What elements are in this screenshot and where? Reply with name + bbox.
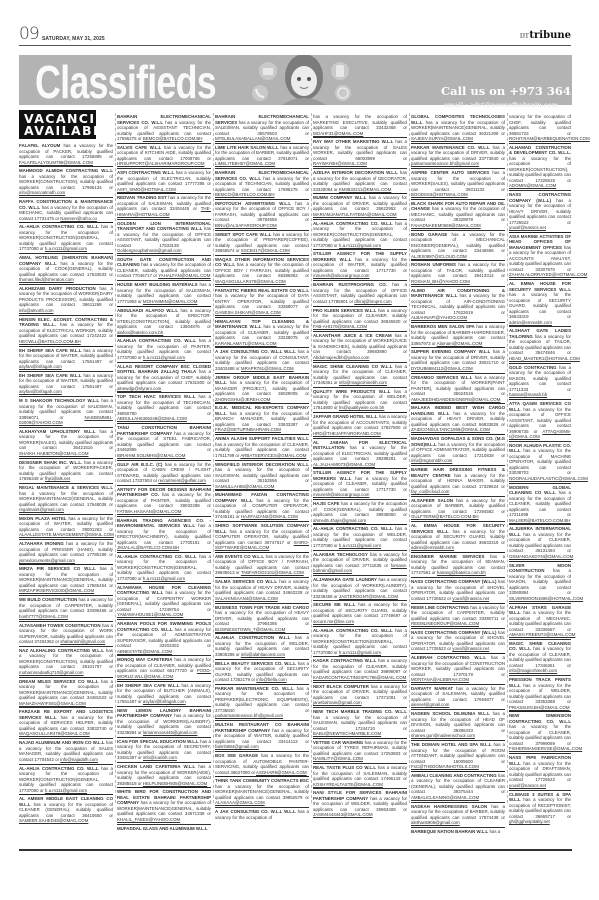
company-name: ALAHLIA CONSTRUCTION W.L.L <box>215 635 290 640</box>
contact-email[interactable]: AMAJEEDHIDANDESIGNER5@GMAIL.COM <box>411 397 500 402</box>
classified-ad: NEXT BLACK COMPUTER has a vacancy for th… <box>313 682 407 707</box>
contact-email[interactable]: alensel@gmail.com <box>411 702 449 707</box>
contact-email[interactable]: GANESH.SHIKAR@GMAIL.COM <box>215 310 281 315</box>
classified-ad: AL-AHLIA CONTRACTING CO. W.L.L has a vac… <box>117 552 211 583</box>
mobile-icon <box>336 65 344 77</box>
company-name: AL-AHLIA CONTRACTING CO. W.L.L <box>19 766 99 771</box>
contact-email[interactable]: SAJEEV.SURYA@GMAIL.COM <box>411 136 473 141</box>
company-name: ALTAHARA IRONING <box>19 541 64 546</box>
contact-email[interactable]: h.a.m111@gmail.com <box>143 576 185 581</box>
classified-ad: AZELFA INTERIOR DECORATION W.L.L has a v… <box>313 168 407 193</box>
classified-column-2: Bahrain Electromechanical Services Co. W… <box>117 113 211 832</box>
classified-ad: REEM LINE CONTRACTING has a vacancy for … <box>411 603 505 628</box>
contact-email[interactable]: alnewdjp@sfyrani.com <box>117 386 161 391</box>
contact-email[interactable]: parkarmaintenance.bh@gmail.com <box>411 161 479 166</box>
classified-ad: BAHRAIN RUSTPROOFING CO. has a vacancy f… <box>313 280 407 305</box>
contact-email[interactable]: ASGHAR9@GMAIL.COM <box>256 770 307 775</box>
contact-email[interactable]: MANAZHAWIFS81@GMAIL.COM <box>19 701 86 706</box>
contact-email[interactable]: HAJIFAIZAN2@GMAIL.COM <box>241 514 298 519</box>
company-name: SWEET SPOT CAFE W.L.L <box>215 232 271 237</box>
classified-ad: MUHAMMAD FAIZAN CONTRACTING COMPANY W.L.… <box>215 490 309 521</box>
contact-email[interactable]: info@marcoalmidh.com <box>19 190 65 195</box>
contact-email[interactable]: MALSER@BATELCO.COM.BH <box>509 518 570 523</box>
classified-ad: ALJUERRA INTERNATIONAL W.L.L has a vacan… <box>509 524 571 560</box>
contact-email[interactable]: jsimsdocuments@gmail.com <box>19 558 75 563</box>
contact-email[interactable]: MOAHF31@GMAIL.COM <box>313 131 363 136</box>
column-divider <box>409 113 410 803</box>
contact-email[interactable]: MRAPR761@GMAIL.COM <box>241 366 294 371</box>
classified-ad: SALMA SERVICES CO W.L.L has a vacancy fo… <box>215 577 309 602</box>
classified-ad: ABDULHADI ALAFOO W.L.L has a vacancy for… <box>117 306 211 337</box>
classified-ad: THINK TANK COMMUNITY CONTRACTS BSC has a… <box>215 776 309 807</box>
section-title-line2: AVAILABLE <box>24 125 91 137</box>
contact-email[interactable]: shanes.guri@nadeenschool.com <box>411 733 475 738</box>
classified-ad: QUALITY WIRE PRODUCTS W.L.L has a vacanc… <box>313 387 407 412</box>
company-name: A JAK CONSULTING CO. W.L.L W.L.L <box>215 349 296 354</box>
contact-email[interactable]: WAQASGULLAR479@GMAIL.COM <box>215 279 286 284</box>
classified-ad: WHITE BIRD FOR CONSTRUCTION AND REAL EST… <box>117 787 211 823</box>
classified-ad: REDVAN TRADING EST has a vacancy for the… <box>117 193 211 218</box>
company-name: ROSHAN UNIFORMS <box>411 262 456 267</box>
company-name: NADEEN SCHOOL DILMUNIA W.L.L <box>411 711 490 716</box>
classified-ad: GULF AIR B.S.C. (C) has a vacancy for th… <box>117 460 211 485</box>
classified-ad: ALKANTHAR JUICE & ICE CREAM has a vacanc… <box>313 331 407 362</box>
contact-email[interactable]: SALAHINSAAN4@GMAIL.COM <box>215 596 278 601</box>
ad-text: has a vacancy for the occupation of WORK… <box>19 491 113 507</box>
company-name: Top Tech HVAC Services W.L.L <box>117 394 196 399</box>
contact-email[interactable]: ahmed6.4hajis@gmail.com <box>313 518 366 523</box>
ad-text: has a vacancy for the occupation of WORK… <box>411 120 505 136</box>
company-name: REEM LINE CONTRACTING <box>411 605 469 610</box>
company-name: MIRZA PIR SERVICES CO W.L.L <box>19 566 96 571</box>
contact-email[interactable]: asyfan@brifagah.com <box>19 389 62 394</box>
classified-ad: DESIGNER SHAIK INC. W.L.L. has a vacancy… <box>19 458 113 483</box>
contact-email[interactable]: h.a.m111@gmail.com <box>339 650 381 655</box>
company-name: Najad Aluminium and Iron Co W.L.L <box>19 740 105 745</box>
contact-email[interactable]: LIMELITEBH57@GMAIL.COM <box>215 161 275 166</box>
contact-email[interactable]: ROHIT.RAM@BARBEQUENATION.COM <box>509 136 590 141</box>
contact-email[interactable]: info@magicshinebh.com <box>339 380 387 385</box>
contact-email[interactable]: MARIAMJANATULFATEMA@GMAIL.COM <box>313 212 397 217</box>
contact-email[interactable]: info@najadalh.com <box>60 757 98 762</box>
classified-ad: GOLD CONTRACTING has a vacancy for the o… <box>509 363 571 399</box>
company-name: ALLAG RESORT COMPANY BSC CLOSED SOFITEL … <box>117 364 211 375</box>
contact-email[interactable]: mnuresh@alsocargroup.com <box>313 492 369 497</box>
company-name: GOLD CONTRACTING <box>509 365 557 370</box>
contact-email[interactable]: secure.me@live.com <box>313 619 354 624</box>
contact-email[interactable]: fay_co@icloud.com <box>411 489 449 494</box>
contact-email[interactable]: AMBALICLEANING@GMAIL.COM <box>411 795 479 800</box>
company-name: PARKAR MAINTENANCE CO. W.L.L <box>215 686 294 691</box>
company-name: AZELFA INTERIOR DECORATION W.L.L <box>313 170 398 175</box>
classified-ad: SALVIS CAFE W.L.L has a vacancy for the … <box>117 143 211 168</box>
contact-email[interactable]: h.a.m111@gmail.com <box>339 243 381 248</box>
contact-email[interactable]: asyfan@brifagah.com <box>19 364 62 369</box>
contact-email[interactable]: regalmaint@gmail.com <box>19 507 64 512</box>
contact-email[interactable]: ZAHAN.ALORRAYED@HOTMAIL.COM <box>509 272 587 277</box>
contact-email[interactable]: hassan@manah.bh <box>509 392 547 397</box>
classified-ad: Al ameer Middle East Cleaning Co W.L.L h… <box>19 794 113 825</box>
classified-ad: ARABIAN POOLS FOR SWIMMING POOLS CONTRAC… <box>117 619 211 655</box>
contact-email[interactable]: ABDULLAH6365248@GMAIL.COM <box>117 416 187 421</box>
company-name: NASS CONTRACTING COMPANY (W.L.L) <box>411 630 497 635</box>
classified-ad: vettee car washing has a vacancy for the… <box>313 738 407 763</box>
contact-email[interactable]: Goldengroupbahrain@gmail.com <box>117 248 182 253</box>
contact-email[interactable]: hs@qualitywire.com.bh <box>339 405 384 410</box>
classified-ad: AWAL HOTELING (SHERATON BAHRAIN) COMPANY… <box>19 253 113 284</box>
company-name: BOND GARAGE <box>411 232 447 237</box>
contact-email[interactable]: fhjsi@alk.net <box>45 476 70 481</box>
company-name: CHICKEN LAND CAFETERIA W.L.L <box>117 764 195 769</box>
classified-ad: MULTAN RESTAURANT CO BAHRAINI PARTNERSHI… <box>215 720 309 751</box>
company-name: Jaffair Grand Hotel W.L.L <box>313 414 378 419</box>
classified-column-5: GLOBAL COMPOSITES TECHNOLOGIES W.L.L has… <box>411 113 505 836</box>
contact-email[interactable]: h.a.m111@gmail.com <box>45 788 87 793</box>
contact-email[interactable]: lamanmoos445@gmail.com <box>143 730 197 735</box>
contact-email[interactable]: HEAD_MASTER1@HOTMAIL.COM <box>509 356 580 361</box>
contact-email[interactable]: Nasreen@rafco.co <box>60 216 97 221</box>
contact-email[interactable]: SAMIULLAH58@GMAIL.COM <box>215 484 274 489</box>
company-name: ALEBRAH CONTRACTING W.L.L <box>411 655 486 660</box>
company-name: al emma house for security services W.L.… <box>509 281 571 292</box>
contact-email[interactable]: JASIM4443443@GMAIL.COM <box>313 812 373 817</box>
classified-ad: ALEBRAH CONTRACTING W.L.L has a vacancy … <box>411 653 505 684</box>
classified-ad: ENGINEER MARINE SERVICES has a vacancy f… <box>411 552 505 577</box>
classified-ad: ALAHLIA CONTRACTING CO. W.L.L has a vaca… <box>117 336 211 361</box>
company-name: MUMNI COMPANY W.L.L <box>313 195 366 200</box>
classified-ad: vacancy for the occupation of CHEF, suit… <box>509 113 571 143</box>
contact-email[interactable]: OSMANGAKDYN@GMAIL.COM <box>509 554 573 559</box>
classified-ad: KADAR CONTRACTING W.L.L has a vacancy fo… <box>313 656 407 681</box>
contact-email[interactable]: fatimh884@gmail.com <box>215 744 259 749</box>
contact-email[interactable]: h.a.m111@gmail.com <box>143 355 185 360</box>
classified-ad: FARZAAB RE EXPORT AND LOGISTICS SERVICES… <box>19 707 113 738</box>
classified-ad: SILVER MOON CONSTRUCTION has a vacancy f… <box>509 561 571 603</box>
company-name: QUALITY WIRE PRODUCTS W.L.L <box>313 389 390 394</box>
company-name: ENGINEER MARINE SERVICES <box>411 554 484 559</box>
contact-email[interactable]: RAYWAYBH@GMAIL.COM <box>313 161 367 166</box>
classified-ad: al emma house for security services W.L.… <box>509 279 571 326</box>
contact-email[interactable]: info@alnorth.com <box>19 308 53 313</box>
classified-ad: SWEET SPOT CAFE W.L.L has a vacancy for … <box>215 230 309 255</box>
contact-email[interactable]: PRIASSUIN.BH@GMAIL.COM <box>509 705 570 710</box>
contact-email[interactable]: KHALIL_FAEES@YAHOO.COM <box>117 817 180 822</box>
contact-email[interactable]: shabantoh@gmail.com <box>60 639 105 644</box>
contact-email[interactable]: AL.JALHAMI073@GMAIL.COM <box>313 462 375 467</box>
classified-column-4: has a vacancy for the occupation of MARK… <box>313 113 407 819</box>
classified-ad: FANTASTIC FIBERS REAL ESTATE CO W.L.L ha… <box>215 286 309 317</box>
company-name: we build construction <box>19 597 77 602</box>
contact-email[interactable]: admin@emmabh.com <box>509 320 552 325</box>
classified-ad: A JAK CONSULTING CO. W.L.L W.L.L has a v… <box>215 347 309 372</box>
company-name: INFOTOUCH ADVERTISING W.L.L <box>215 201 291 206</box>
contact-email[interactable]: BEMCO@BATELCO.COM.BH <box>215 192 275 197</box>
company-name: AL-AHLIA CONTRACTING CO. W.L.L <box>313 526 393 531</box>
classified-ad: MUFADDAL GLASS AND ALUMINIUM W.L.L <box>117 824 211 833</box>
classified-ad: M S SHAKOOR TECHNOLOGY W.L.L has a vacan… <box>19 396 113 427</box>
contact-email[interactable]: h.a.m111@gmail.com <box>339 543 381 548</box>
contact-email[interactable]: FISHERMANSERVSE@GMAIL.COM <box>509 746 582 751</box>
classified-ad: ALSAFEER SALON has a vacancy for the occ… <box>411 496 505 521</box>
contact-email[interactable]: HELPLINEBH935@GMAIL.COM <box>143 781 207 786</box>
classified-ad: nani style for services bahraini partner… <box>313 788 407 819</box>
classified-ad: EH SHERIF SEA CAFE W.L.L has a vacancy f… <box>19 346 113 371</box>
contact-email[interactable]: MTELBULASABALLAN@GMAIL.COM <box>215 136 290 141</box>
contact-email[interactable]: REEMLINEGROUP@GMAIL.COM <box>411 621 479 626</box>
contact-email[interactable]: info@magicshinebh.com <box>509 668 557 673</box>
ad-text: has a vacancy for the occupation of CLEA… <box>19 802 113 818</box>
classified-ad: ALAKBAR TECHNOLOGY has a vacancy for the… <box>313 550 407 575</box>
classified-ad: Modern Global Cleaning Co W.L.L has a va… <box>509 483 571 525</box>
classified-ad: JEREH GROUP MIDDLE EAST BAHRAIN W.L.L ha… <box>215 373 309 404</box>
classified-ad: MAGIC SHINE CLEANING CO W.L.L has a vaca… <box>313 362 407 387</box>
company-name: WINGFIELD INTERIOR DECORATION W.L.L <box>215 462 309 467</box>
classified-ad: Nadeah Hairdressing Salon has a vacancy … <box>411 802 505 827</box>
contact-email[interactable]: alafoo@batelco.com.bh <box>117 330 163 335</box>
classified-ad: DARVATY MARKAT has a vacancy for the occ… <box>411 684 505 709</box>
contact-email[interactable]: KOSHYREALTASTE@GMAIL.COM <box>313 782 383 787</box>
contact-email[interactable]: mohammadaafiq710@gmail.com <box>19 670 84 675</box>
company-name: ALKANTHAR JUICE & ICE CREAM <box>313 333 392 338</box>
contact-email[interactable]: yousif@nasscs.net <box>452 596 489 601</box>
classified-ad: HAJIS CAFE has a vacancy for the occupat… <box>313 499 407 524</box>
classified-ad: Bella Beauty Services Co. W.L.L has a va… <box>215 659 309 684</box>
contact-email[interactable]: FALAFELALYOUM799@GMAIL.COM <box>19 160 93 165</box>
company-name: ASPIRE CENTER AUTO SERVICES <box>411 170 489 175</box>
company-name: FANTASTIC FIBERS REAL ESTATE CO W.L.L <box>215 288 309 293</box>
company-name: ABDULHADI ALAFOO W.L.L <box>117 308 178 313</box>
call-us-text: Call us on +973 36458394 <box>441 84 571 98</box>
contact-email[interactable]: recruitment@gulfair.com <box>158 478 206 483</box>
contact-email[interactable]: janetbahrain@gmail.com <box>313 700 362 705</box>
classified-ad: NASS PIPE FABRICATION W.L.L has a vacanc… <box>509 753 571 789</box>
classified-ad: WINGFIELD INTERIOR DECORATION W.L.L has … <box>215 460 309 491</box>
contact-email[interactable]: mnuresh@alsocargroup.com <box>313 273 369 278</box>
contact-email[interactable]: hanang@batelco.com.bh <box>437 570 486 575</box>
contact-email[interactable]: AMASH.FREENT4@GMAIL.COM <box>509 632 575 637</box>
classified-ad: MIXON PLAZA HOTEL has a vacancy for the … <box>19 514 113 539</box>
contact-email[interactable]: WAQASGULLAR479@GMAIL.COM <box>19 731 90 736</box>
classified-ad: WAQAS OTHER INFORMATION SERVICES CO W.L.… <box>215 255 309 286</box>
company-name: Bella Beauty Services Co. W.L.L <box>215 661 296 666</box>
classified-ad: Stiller Agency for the Supply Workers W.… <box>313 468 407 499</box>
classified-ad: CREAMGO SERVICES W.L.L has a vacancy for… <box>411 373 505 404</box>
company-name: EH SHERIF SEA CAFE W.L.L <box>19 373 82 378</box>
page-number: 09 <box>19 26 39 43</box>
contact-email[interactable]: ADOMIN@GMAIL.COM <box>509 183 556 188</box>
ad-text: has a vacancy for the occupation of DATA… <box>215 293 309 309</box>
company-name: GULF AIR B.S.C. (C) <box>117 462 162 467</box>
classified-ad: E.G.K. MEDICAL RE-EXPORTS COMPANY W.L.L … <box>215 403 309 434</box>
contact-email[interactable]: thomas.filed@sheraton.com <box>19 277 74 282</box>
contact-email[interactable]: NAMILITY@GMAIL.COM <box>313 756 363 761</box>
ad-text: has a vacancy for the occupation of SECU… <box>509 292 571 319</box>
classified-ad: PARKAR MAINTENANCE CO. W.L.L has a vacan… <box>411 143 505 168</box>
contact-email[interactable]: BEMCO@BATELCO.COM.BH <box>143 136 203 141</box>
contact-email[interactable]: info@alahliaconst.com <box>241 652 285 657</box>
contact-email[interactable]: ALAALLESTATE.MANAGEMENT@GMAIL.COM <box>19 532 114 537</box>
company-name: Nadeah Hairdressing Salon <box>411 804 487 809</box>
company-name: BARBEQUE NATION BAHRAIN W.L.L <box>411 829 488 834</box>
classified-ad: AL-AHLIA CONTRACTING CO. W.L.L has a vac… <box>313 626 407 657</box>
contact-email[interactable]: alethan5906@gmail.com <box>411 820 460 825</box>
contact-email[interactable]: ZAIDCONSULTANC1958@GMAIL.COM <box>411 427 490 432</box>
contact-email[interactable]: SHAIKH.HABIBTON@GMAIL.COM <box>19 451 89 456</box>
page-header: 09 SATURDAY, MAY 31, 2025 DTtribune <box>19 26 571 46</box>
classified-ad: Stiller Agency for the Supply Workers W.… <box>313 249 407 280</box>
classified-ad: NEW TECH MARBLE TRADING CO. W.L.L has a … <box>313 707 407 738</box>
company-name: CREAMGO SERVICES W.L.L <box>411 375 472 380</box>
contact-email[interactable]: JASTEROGNT@GMAIL.COM <box>339 594 398 599</box>
contact-email[interactable]: NOORALHUDAPLASTIC@GMAIL.COM <box>509 476 588 481</box>
contact-email[interactable]: GULFTERM@BATELCO.COM.BH <box>411 514 479 519</box>
contact-email[interactable]: dhiraj@bruprn.com <box>354 299 391 304</box>
contact-email[interactable]: HECWLL@BATELCO.COM.BH <box>19 339 81 344</box>
classified-ad: NASS CONTRACTING COMPANY (W.L.L) has a v… <box>411 577 505 602</box>
company-name: SALMA SERVICES CO W.L.L <box>215 579 277 584</box>
classified-ad: we build construction has a vacancy for … <box>19 595 113 620</box>
contact-email[interactable]: MONTANA@ALEBRAH.COM <box>411 677 469 682</box>
column-divider <box>115 113 116 803</box>
contact-email[interactable]: admin@emmabh.com <box>411 545 454 550</box>
classified-ad: ALSHAAT GATE LADIES TAILORING has a vaca… <box>509 326 571 362</box>
classified-ad: Bahrain Electromechanical Services has a… <box>215 113 309 143</box>
contact-email[interactable]: hosh7777@GMAIL.COM <box>19 614 68 619</box>
contact-email[interactable]: MIRZAPIRSERVICES0@GMAIL.COM <box>19 588 94 593</box>
classified-ad: PRESSION TRACK PRINTS W.L.L has a vacanc… <box>509 675 571 711</box>
contact-email[interactable]: h.a.m111@gmail.com <box>45 246 87 251</box>
contact-email[interactable]: FAB-AHI170@GMAIL.COM <box>313 324 367 329</box>
contact-email[interactable]: YAMAMAHOUSE1@GMAIL.COM <box>117 612 183 617</box>
contact-email[interactable]: ALASAAA@GMAIL.COM <box>215 800 265 805</box>
contact-email[interactable]: HRD@THEJAFFAIRGRAND.COM <box>313 431 381 436</box>
classified-column-6: vacancy for the occupation of CHEF, suit… <box>509 113 571 826</box>
banner-illustration <box>244 55 364 105</box>
company-name: THE DOMAIN HOTEL AND SPA W.L.L <box>411 742 492 747</box>
bottom-rule <box>19 849 572 851</box>
classified-ad: EH SHERIF SEA CAFE W.L.L has a vacancy f… <box>19 371 113 396</box>
contact-email[interactable]: MOHAMMIN@GMAIL.COM <box>143 299 197 304</box>
classified-ad: MAHMOOD ALMIDH CONTRACTING W.L.L has a v… <box>19 166 113 197</box>
classified-ad: Tanu Construction Bahraini partnership c… <box>117 423 211 459</box>
company-name: PRO KLEEN SERVICES W.L.L <box>313 308 376 313</box>
contact-email[interactable]: ZHONGSHU@JEREH.COM <box>215 397 270 402</box>
ad-text: has a vacancy for the occupation of WORK… <box>215 784 309 800</box>
contact-email[interactable]: ALJES0887@ICLOUD.COM <box>411 254 467 259</box>
contact-email[interactable]: yousif@nasscs.net <box>509 783 546 788</box>
page-date: SATURDAY, MAY 31, 2025 <box>42 36 105 42</box>
contact-email[interactable]: ROSHAN_BH@YAHOO.COM <box>411 279 470 284</box>
contact-email[interactable]: info@mgsonsbh.com <box>411 458 452 463</box>
contact-email[interactable]: ASFI_SIMO@HOTMAIL.COM <box>117 187 176 192</box>
contact-email[interactable]: BUSINESSTOWN_T@GMAIL.COM <box>215 627 285 632</box>
company-name: LIME LITE HAIR SALON W.L.L <box>215 145 279 150</box>
company-name: ASFI CONTRACTING W.L.L <box>117 170 174 175</box>
classified-ad: NASS CONTRACTING COMPANY (W.L.L) has a v… <box>509 190 571 232</box>
ad-text: has a <box>489 829 500 834</box>
classified-ad: A JAK CONSULTING CO. W.L.L W.L.L has a v… <box>215 807 309 821</box>
classified-ad: SHIRO SOFTWARE SOLUTION COMPANY W.L.L ha… <box>215 521 309 552</box>
classified-ad: AWI EVENTS CO W.L.L has a vacancy for th… <box>215 552 309 577</box>
classified-ad: ICAN FOR SPECIAL EDUCATION W.L.L has a v… <box>117 737 211 762</box>
classified-ad: LIME LITE HAIR SALON W.L.L has a vacancy… <box>215 143 309 168</box>
contact-email[interactable]: parkarmaintenance.bh@gmail.com <box>215 713 283 718</box>
classified-ad: SOUTH GATE CONSTRUCTION AND CLEANING has… <box>117 255 211 280</box>
contact-email[interactable]: FATIMA.HASAAN@GMAIL.COM <box>117 509 181 514</box>
company-name: NEW DIMENSION CONTRACTING CO. W.L.L <box>509 713 571 724</box>
contact-email[interactable]: DYDUB6984112@GMAIL.COM <box>411 366 473 371</box>
contact-email[interactable]: info@icanbh.com <box>143 755 177 760</box>
ad-text: has a vacancy for the occupation of HEAV… <box>215 610 309 626</box>
contact-email[interactable]: KM3532211@EMAIL.COM <box>339 187 391 192</box>
company-name: vettee car washing <box>313 740 363 745</box>
company-name: FALAFEL ALYOUM <box>19 143 60 148</box>
ad-text: has a vacancy for the occupation of SALE… <box>215 467 309 483</box>
classified-ad: altasameh tower construction has a vacan… <box>19 621 113 646</box>
company-name: PARKAR MAINTENANCE CO. W.L.L <box>411 145 490 150</box>
classified-ad: ALFRAH STARS GARAGE W.L.L has a vacancy … <box>509 603 571 639</box>
classified-ad: CLIMAGE 3 SUITES & SPA W.L.L has a vacan… <box>509 790 571 826</box>
contact-email[interactable]: yousif@nasscs.net <box>452 646 489 651</box>
company-name: SALVIS CAFE W.L.L <box>117 145 161 150</box>
company-name: AL-AHLIA CONTRACTING CO. W.L.L <box>313 221 393 226</box>
contact-email[interactable]: FsC@THEDOMAINHOTELS.COM <box>411 764 479 769</box>
contact-email[interactable]: BINU@ALSAFARGROUP.COM <box>215 223 277 228</box>
contact-email[interactable]: TABFAROO2101@GMAIL.COM <box>241 570 304 575</box>
contact-email[interactable]: KARANLAMA71@GMAIL.COM <box>215 341 277 346</box>
contact-email[interactable]: BOODSS3@HOTMAIL.COM <box>411 192 468 197</box>
classified-ad: PRO KLEEN SERVICES W.L.L has a vacancy f… <box>313 306 407 331</box>
company-name: ANIMA ALASHI SUPPORT FACILITIES W.L.L <box>215 436 309 441</box>
contact-email[interactable]: SSCB417@GMAIL.COM <box>241 248 290 253</box>
contact-email[interactable]: Alamam@GMAIL.COM <box>437 341 483 346</box>
contact-email[interactable]: yousif@nasscs.net <box>509 225 546 230</box>
classified-ad: NASS CONTRACTING COMPANY (W.L.L) has a v… <box>411 628 505 653</box>
contact-email[interactable]: FAHADNAEEM0659@GMAIL.COM <box>411 223 481 228</box>
company-name: NEXT BLACK COMPUTER <box>313 684 369 689</box>
contact-email[interactable]: ALBAHNAPI@YAHOO.COM <box>411 315 467 320</box>
classified-ad: HOUSE MART BUILDING MATERIALS has a vaca… <box>117 280 211 305</box>
contact-email[interactable]: FRAZ@SETUPINBAHRAIN.COM <box>215 427 281 432</box>
contact-email[interactable]: asyfan@brifagah.com <box>143 699 186 704</box>
company-name: GOLDEN LION INTERNATIONAL TRANSPORT AND … <box>117 221 211 232</box>
contact-email[interactable]: SAMEER.SAHED48@GMAIL.COM <box>19 818 88 823</box>
company-name: AL-AHLIA CONTRACTING CO. W.L.L <box>117 554 197 559</box>
classified-ad: BOND GARAGE has a vacancy for the occupa… <box>411 230 505 261</box>
company-name: RAY WAY OTHER MARKETING W.L.L <box>313 139 393 144</box>
contact-email[interactable]: info@bella.com <box>256 677 286 682</box>
company-name: DREAM MILES SERVICES CO W.L.L <box>19 679 99 684</box>
company-name: REGAL MAINTENANCE & SERVICES W.L.L <box>19 485 113 490</box>
company-name: AMBALI CLEANING AND CONTRACTING <box>411 773 497 778</box>
company-name: BARBEROS MEN SALON SPA <box>411 324 475 329</box>
contact-email[interactable]: SILVERMOON1696@HOTMAIL.COM <box>509 596 583 601</box>
contact-email[interactable]: IBRAHIM.SOLIMH5@GMAIL.COM <box>117 453 185 458</box>
contact-email[interactable]: YAHALFAN@GMAIL.COM <box>158 273 210 278</box>
ad-text: vacancy for the occupation of CHEF, suit… <box>509 114 571 136</box>
contact-email[interactable]: ABNESTATE@GMAIL.COM <box>117 649 172 654</box>
ad-text: has a vacancy for the occupation of SALE… <box>313 715 407 731</box>
contact-email[interactable]: BABU@NEWTECHMARBLE.COM <box>313 731 381 736</box>
classified-ad: NADEEN SCHOOL DILMUNIA W.L.L has a vacan… <box>411 709 505 740</box>
contact-email[interactable]: JMJALAL@BATELCO.COM.BH <box>117 545 179 550</box>
contact-email[interactable]: gh@gghospitality.net <box>509 819 550 824</box>
contact-email[interactable]: HRSUPPORT@ALSHARIMARGROUP.COM <box>117 161 205 166</box>
contact-email[interactable]: Abdulmajeedbh@yahoo.com <box>313 355 369 360</box>
contact-email[interactable]: ARBATSERVICES@GMAIL.COM <box>240 453 306 458</box>
contact-email[interactable]: KADARCONTRACTINGSPC786@GMAIL.COM <box>313 675 406 680</box>
company-name: ASIA MARINE ACTIVITIES OF HEAD OFFICES O… <box>509 234 571 250</box>
